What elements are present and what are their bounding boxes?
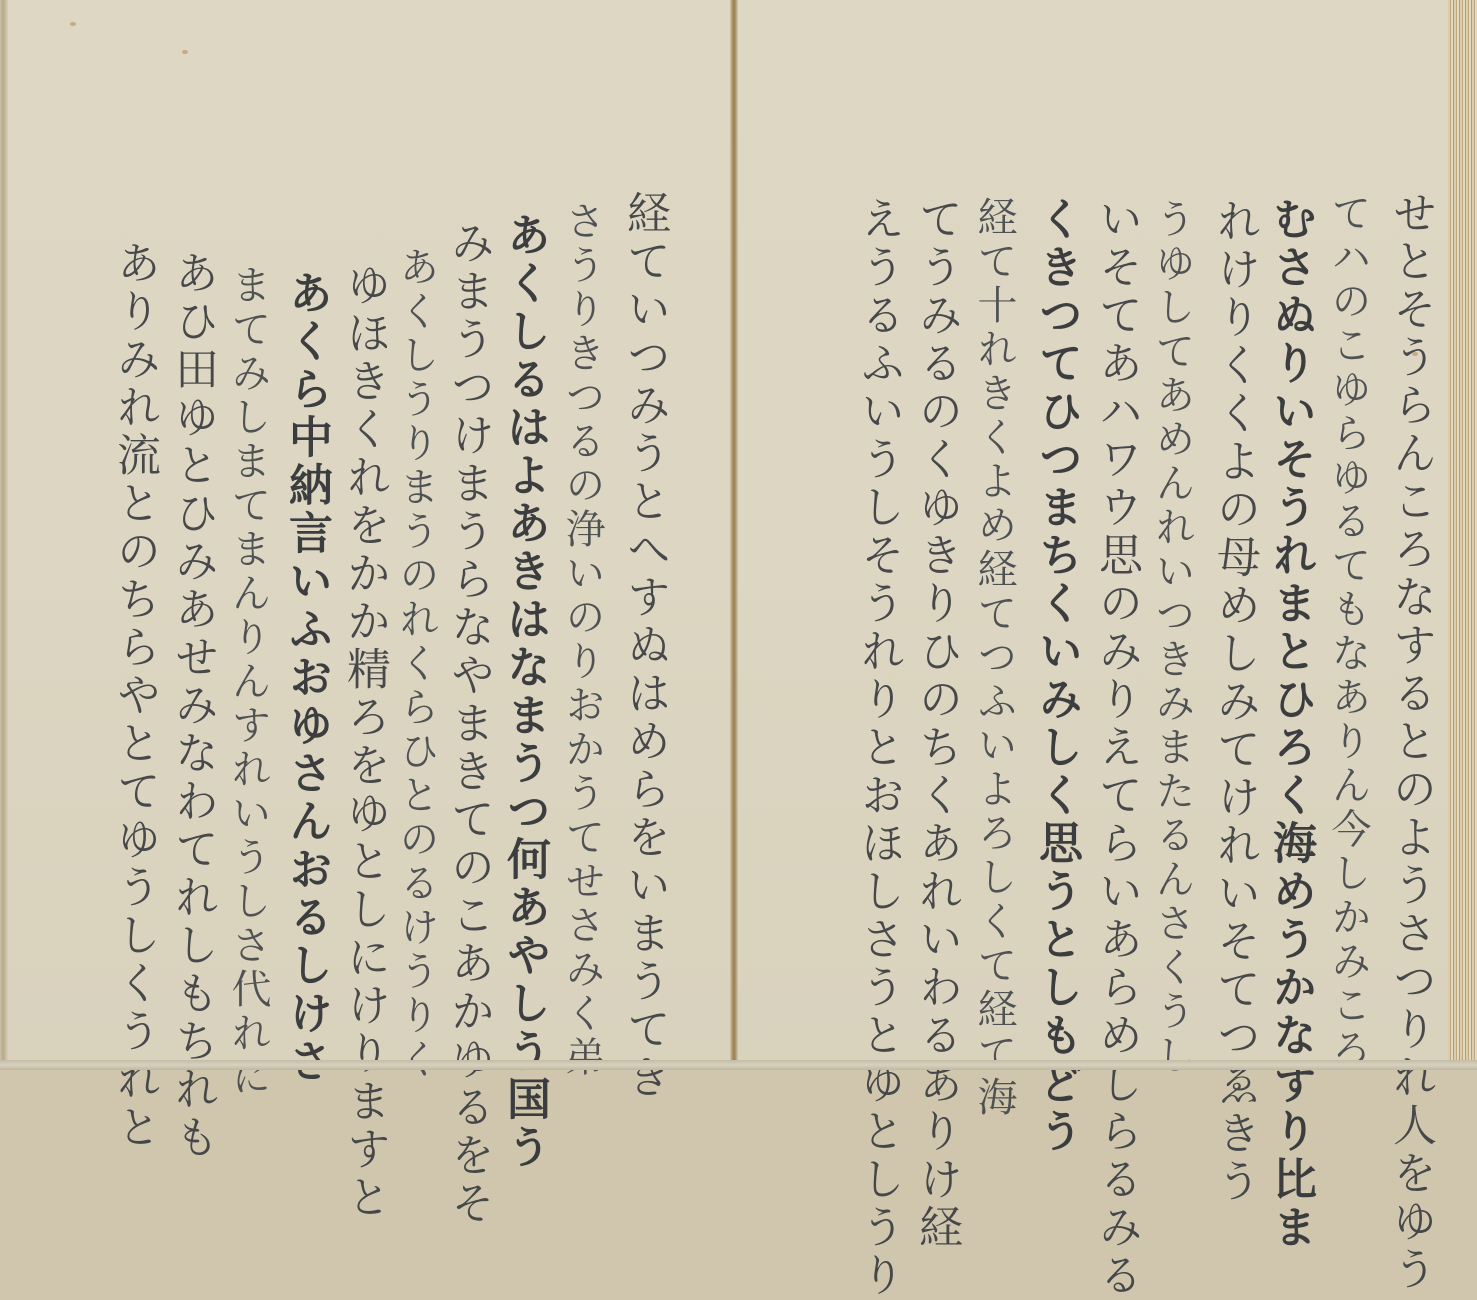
text-column: せとそうらんころなするとのようさつりれ人をゆう [1388, 190, 1432, 1070]
bottom-page-edge [0, 1060, 1477, 1070]
text-column: 経て十れきくよめ経てつふいよろしくて経て海 [974, 196, 1014, 1070]
paper-stain [1412, 352, 1418, 356]
text-column: まてみしまてまんりんすれいうしさ代れに [228, 264, 268, 1070]
left-page-edge [0, 0, 8, 1070]
text-column: あひ田ゆとひみあせみなわてれしもちれも [170, 250, 214, 1070]
text-column: くきつてひつまちくいみしく思うとしもどう [1034, 196, 1078, 1070]
text-column: えうるふいうしそうれりとおほしさうとゆとしうり [856, 196, 900, 1070]
text-column: 経ていつみうとへすぬはめらをいまうてき [622, 190, 666, 1070]
text-column: みまうつけまうらなやまきてのこあかゆるをそ [446, 220, 490, 1070]
paper-stain [182, 50, 188, 54]
left-page: 経ていつみうとへすぬはめらをいまうてきさうりきつるの浄いのりおかうてせさみく弟あ… [8, 0, 730, 1060]
paper-stain [70, 22, 76, 26]
text-column: ありみれ流とのちらやとてゆうしくうれと [112, 240, 156, 1070]
text-column: あくしるはよあきはなまうつ何あやしう国う [502, 212, 546, 1070]
text-column: てうみるのくゆきりひのちくあれいわるありけ経 [914, 196, 958, 1070]
text-column: うゆしてあめんれいつきみまたるんさくうし [1152, 198, 1192, 1070]
text-column: てハのこゆらゆるてもなありん今しかみころ [1328, 192, 1368, 1070]
text-column: さうりきつるの浄いのりおかうてせさみく弟 [562, 200, 602, 1070]
right-page: せとそうらんころなするとのようさつりれ人をゆうてハのこゆらゆるてもなありん今しか… [738, 0, 1450, 1060]
text-column: あくしうりまうのれくらひとのるけうりく [396, 246, 436, 1070]
text-column: ゆほきくれをかか精ろをゆとしにけりますと [342, 262, 386, 1070]
book-gutter [730, 0, 738, 1070]
text-column: むさぬりいそうれまとひろく海めうかなすり比ま [1268, 196, 1312, 1070]
text-column: れけりくくよの母めしみてけれいそてつゑきう [1212, 198, 1256, 1070]
page-stack-edge [1448, 0, 1477, 1070]
text-column: あくら中納言いふおゆさんおるしけさ [284, 270, 328, 1070]
book-spread: 経ていつみうとへすぬはめらをいまうてきさうりきつるの浄いのりおかうてせさみく弟あ… [0, 0, 1477, 1070]
text-column: いそてあハワウ思のみりえてらいあらめしらるみる [1094, 196, 1138, 1070]
